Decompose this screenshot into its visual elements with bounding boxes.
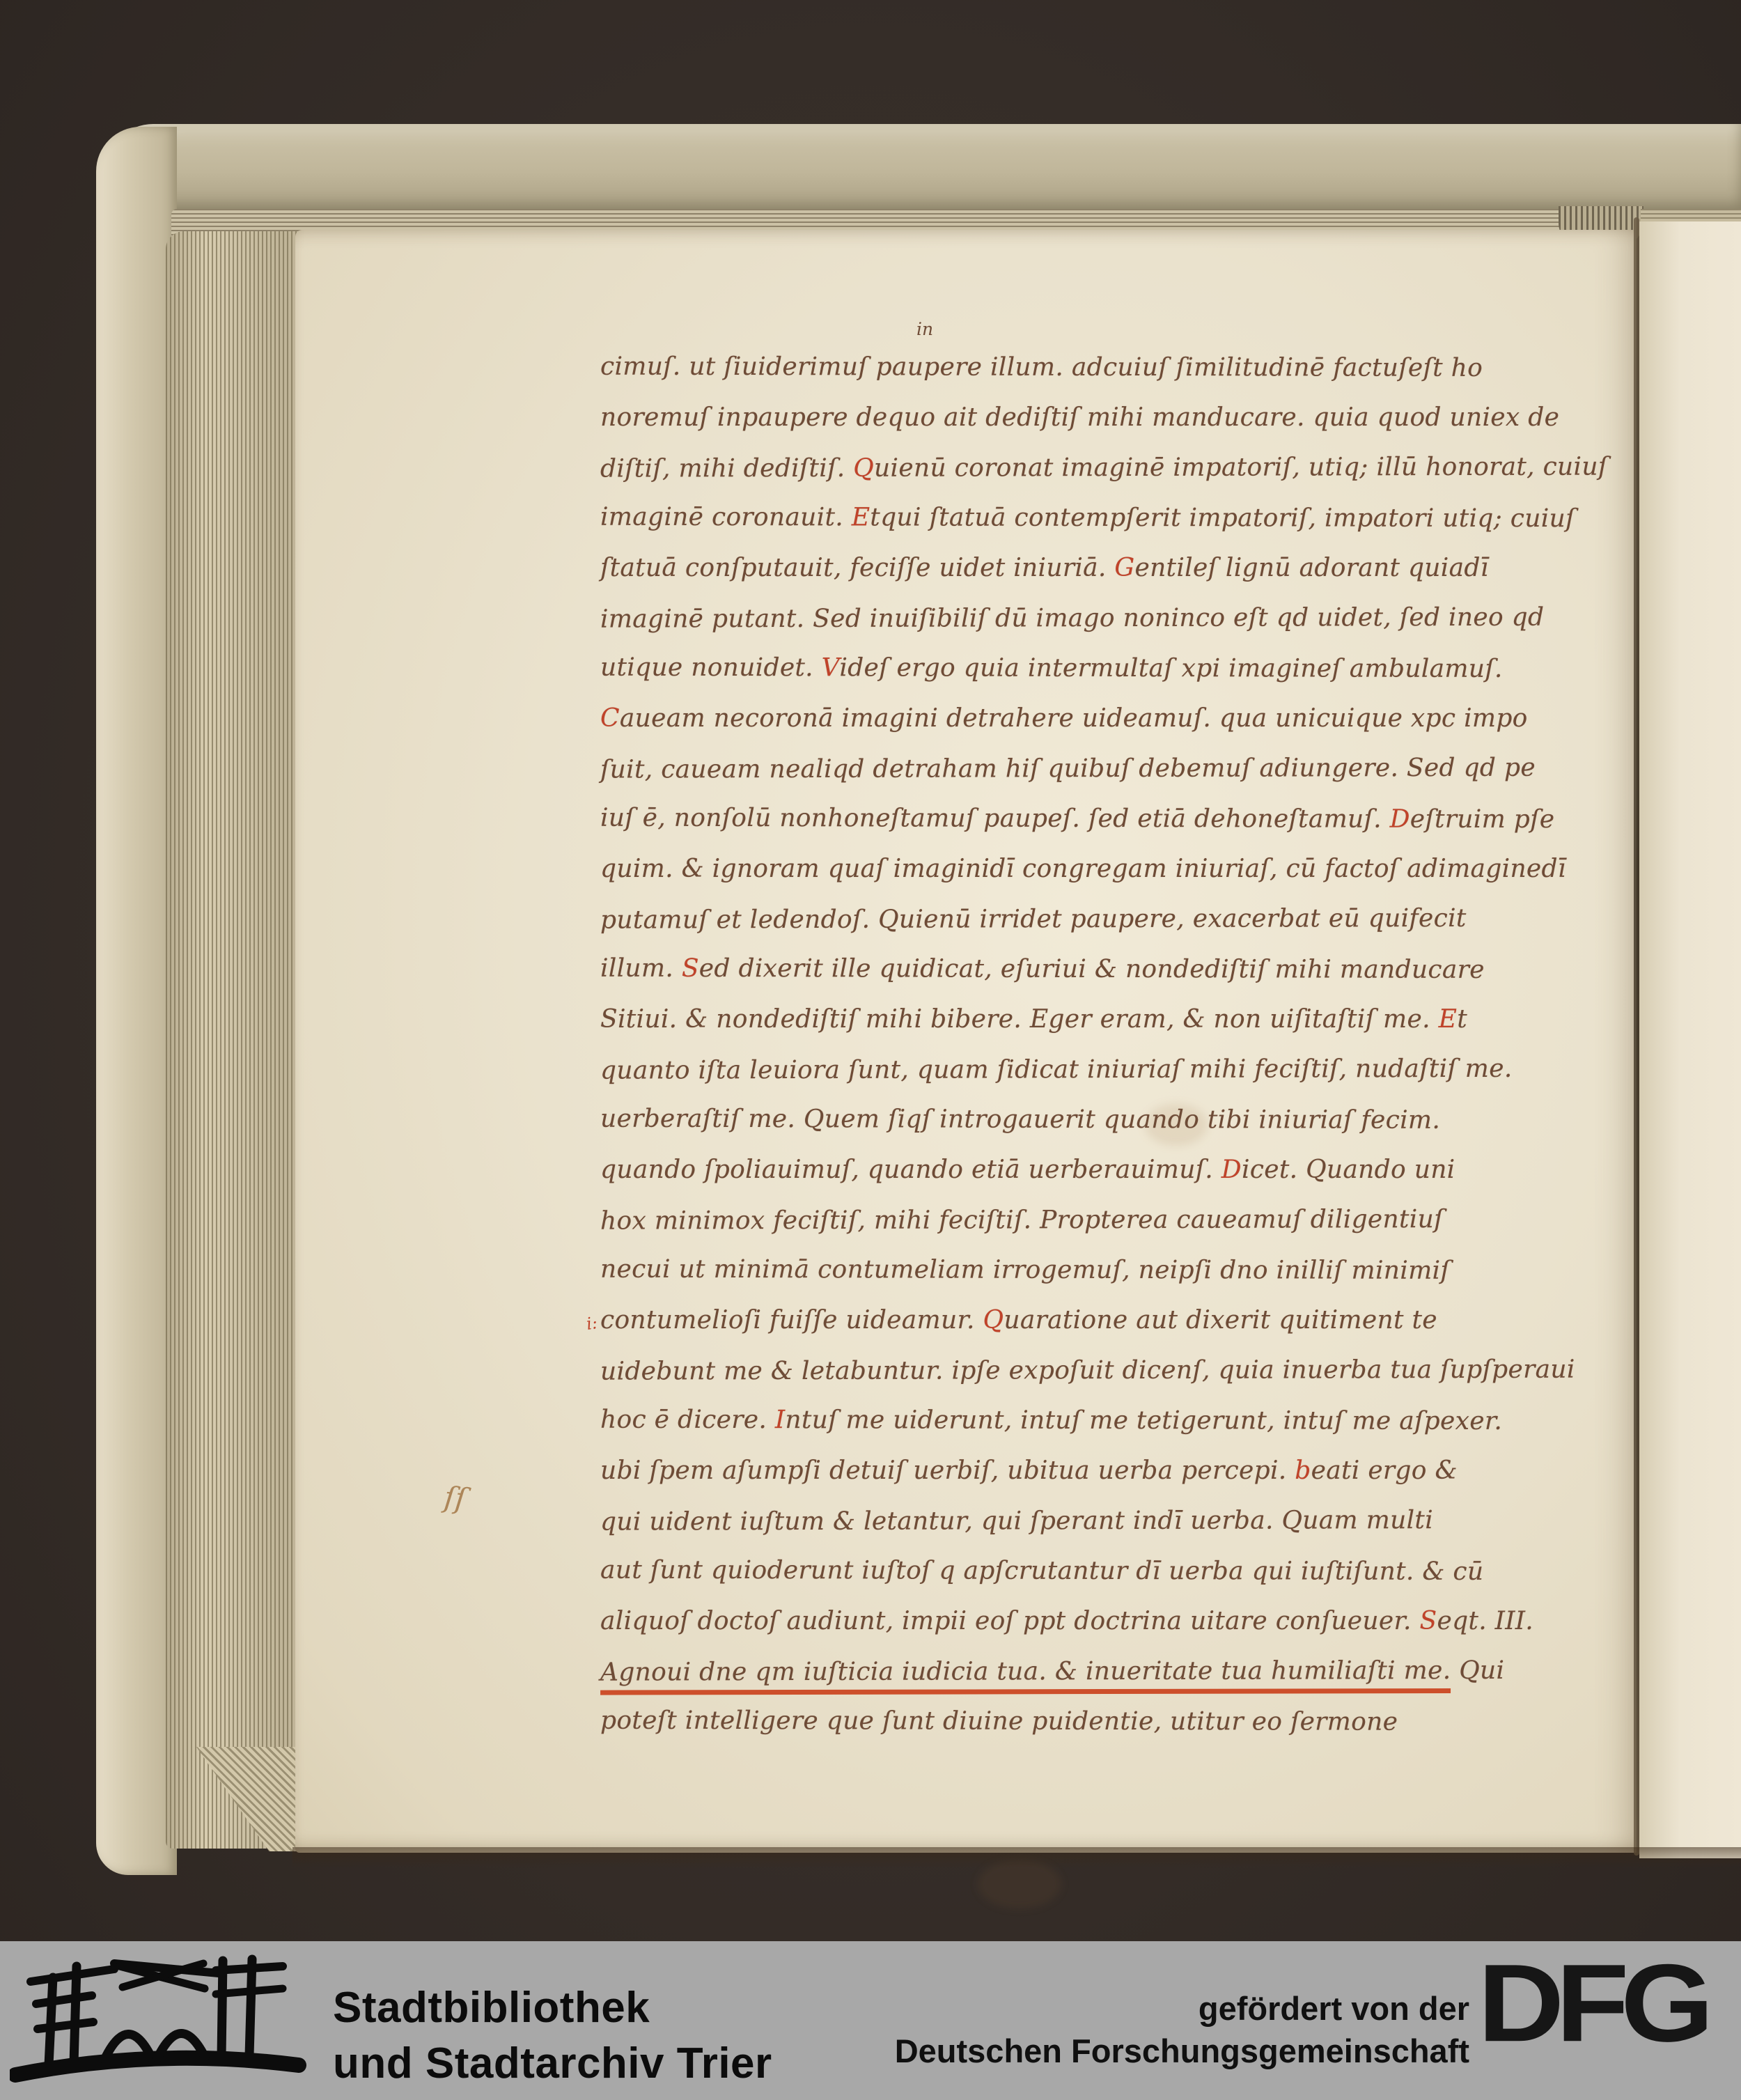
manuscript-line: illum. Sed dixerit ille quidicat, eſuriu… (600, 944, 1645, 996)
margin-mark: ſſ (443, 1480, 468, 1516)
manuscript-text: cimuſ. ut ſiuiderimuſ paupere illum. adc… (600, 343, 1645, 1747)
page-stack-fore-edge (166, 231, 302, 1849)
manuscript-line: aliquoſ doctoſ audiunt, impii eoſ ppt do… (600, 1596, 1645, 1647)
manuscript-line: imaginē coronauit. Etqui ſtatuā contempſ… (600, 492, 1645, 545)
manuscript-line: utique nonuidet. Videſ ergo quia intermu… (600, 643, 1645, 695)
manuscript-line: poteſt intelligere que ſunt diuine puide… (600, 1696, 1645, 1748)
facing-page (1639, 221, 1741, 1858)
manuscript-line: noremuſ inpaupere dequo ait dediſtiſ mih… (600, 393, 1645, 443)
dfg-logo: DFG (1478, 1955, 1735, 2051)
manuscript-line: Sitiui. & nondediſtiſ mihi bibere. Eger … (600, 995, 1645, 1045)
funding-credit: gefördert von der Deutschen Forschungsge… (822, 1987, 1469, 2072)
manuscript-line: diſtiſ, mihi dediſtiſ. Quienū coronat im… (600, 442, 1645, 494)
footer-banner: Stadtbibliothek und Stadtarchiv Trier ge… (0, 1941, 1741, 2100)
photograph: cimuſ. ut ſiuiderimuſ paupere illum. adc… (0, 0, 1741, 2100)
funding-credit-line2: Deutschen Forschungsgemeinschaft (822, 2030, 1469, 2072)
manuscript-line: cimuſ. ut ſiuiderimuſ paupere illum. adc… (600, 342, 1645, 394)
library-name-line2: und Stadtarchiv Trier (333, 2036, 772, 2092)
manuscript-line: necui ut minimā contumeliam irrogemuſ, n… (600, 1245, 1645, 1297)
manuscript-line: Caueam necoronā imagini detrahere uideam… (600, 694, 1645, 744)
page-gutter-crease (1634, 217, 1639, 1856)
manuscript-line: uidebunt me & letabuntur. ipſe expoſuit … (600, 1344, 1645, 1397)
manuscript-line: ubi ſpem aſumpſi detuiſ uerbiſ, ubitua u… (600, 1446, 1645, 1496)
manuscript-line: hoc ē dicere. Intuſ me uiderunt, intuſ m… (600, 1395, 1645, 1447)
manuscript-line: Agnoui dne qm iuſticia iudicia tua. & in… (600, 1645, 1645, 1697)
manuscript-line: aut ſunt quioderunt iuſtoſ q apſcrutantu… (600, 1546, 1645, 1598)
manuscript-line: qui uident iuſtum & letantur, qui ſperan… (600, 1495, 1645, 1547)
manuscript-line: quim. & ignoram quaſ imaginidī congregam… (600, 844, 1645, 894)
interlinear-note: in (916, 319, 933, 339)
manuscript-line: imaginē putant. Sed inuiſibiliſ dū imago… (600, 592, 1645, 644)
manuscript-line: ſtatuā conſputauit, feciſſe uidet iniuri… (600, 543, 1645, 593)
book-bottom-shadow (292, 1847, 1741, 1868)
book-cover-left-edge (96, 127, 177, 1875)
book-cover-top-edge (104, 124, 1741, 212)
manuscript-line: ſuit, caueam nealiqd detraham hiſ quibuſ… (600, 742, 1645, 795)
funding-credit-line1: gefördert von der (822, 1987, 1469, 2030)
manuscript-line: contumelioſi fuiſſe uideamur. Quaratione… (600, 1296, 1645, 1346)
library-name: Stadtbibliothek und Stadtarchiv Trier (333, 1980, 772, 2092)
manuscript-line: hox minimox feciſtiſ, mihi feciſtiſ. Pro… (600, 1194, 1645, 1246)
library-name-line1: Stadtbibliothek (333, 1980, 772, 2036)
manuscript-line: uerberaſtiſ me. Quem ſiqſ introgauerit q… (600, 1094, 1645, 1146)
manuscript-line: iuſ ē, nonſolū nonhoneſtamuſ paupeſ. ſed… (600, 793, 1645, 846)
manuscript-line: putamuſ et ledendoſ. Quienū irridet paup… (600, 893, 1645, 945)
stadtbibliothek-trier-bridge-logo (10, 1945, 323, 2096)
manuscript-line: quando ſpoliauimuſ, quando etiā uerberau… (600, 1145, 1645, 1195)
manuscript-line: quanto iſta leuiora ſunt, quam ſidicat i… (600, 1043, 1645, 1096)
